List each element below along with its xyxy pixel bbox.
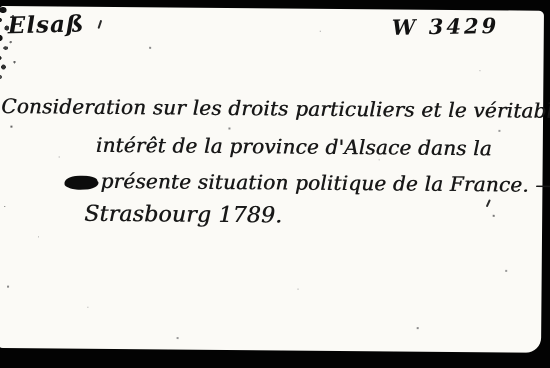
- scan-speckles: [0, 6, 1, 7]
- stray-ink-mark: [97, 20, 102, 29]
- imprint-line: Strasbourg 1789.: [84, 203, 282, 229]
- stray-ink-mark: [486, 199, 491, 207]
- ink-blot: [64, 175, 98, 189]
- subject-heading: Elsaß: [8, 12, 85, 37]
- scanned-card-image: Elsaß W 3429 Consideration sur les droit…: [0, 0, 550, 368]
- shelfmark: W 3429: [392, 15, 500, 38]
- catalog-card: Elsaß W 3429 Consideration sur les droit…: [0, 6, 544, 353]
- title-line-1: Consideration sur les droits particulier…: [1, 95, 550, 122]
- title-line-3-text: présente situation politique de la Franc…: [100, 169, 550, 197]
- title-line-3: présente situation politique de la Franc…: [64, 170, 550, 196]
- title-line-2: intérêt de la province d'Alsace dans la: [96, 134, 492, 159]
